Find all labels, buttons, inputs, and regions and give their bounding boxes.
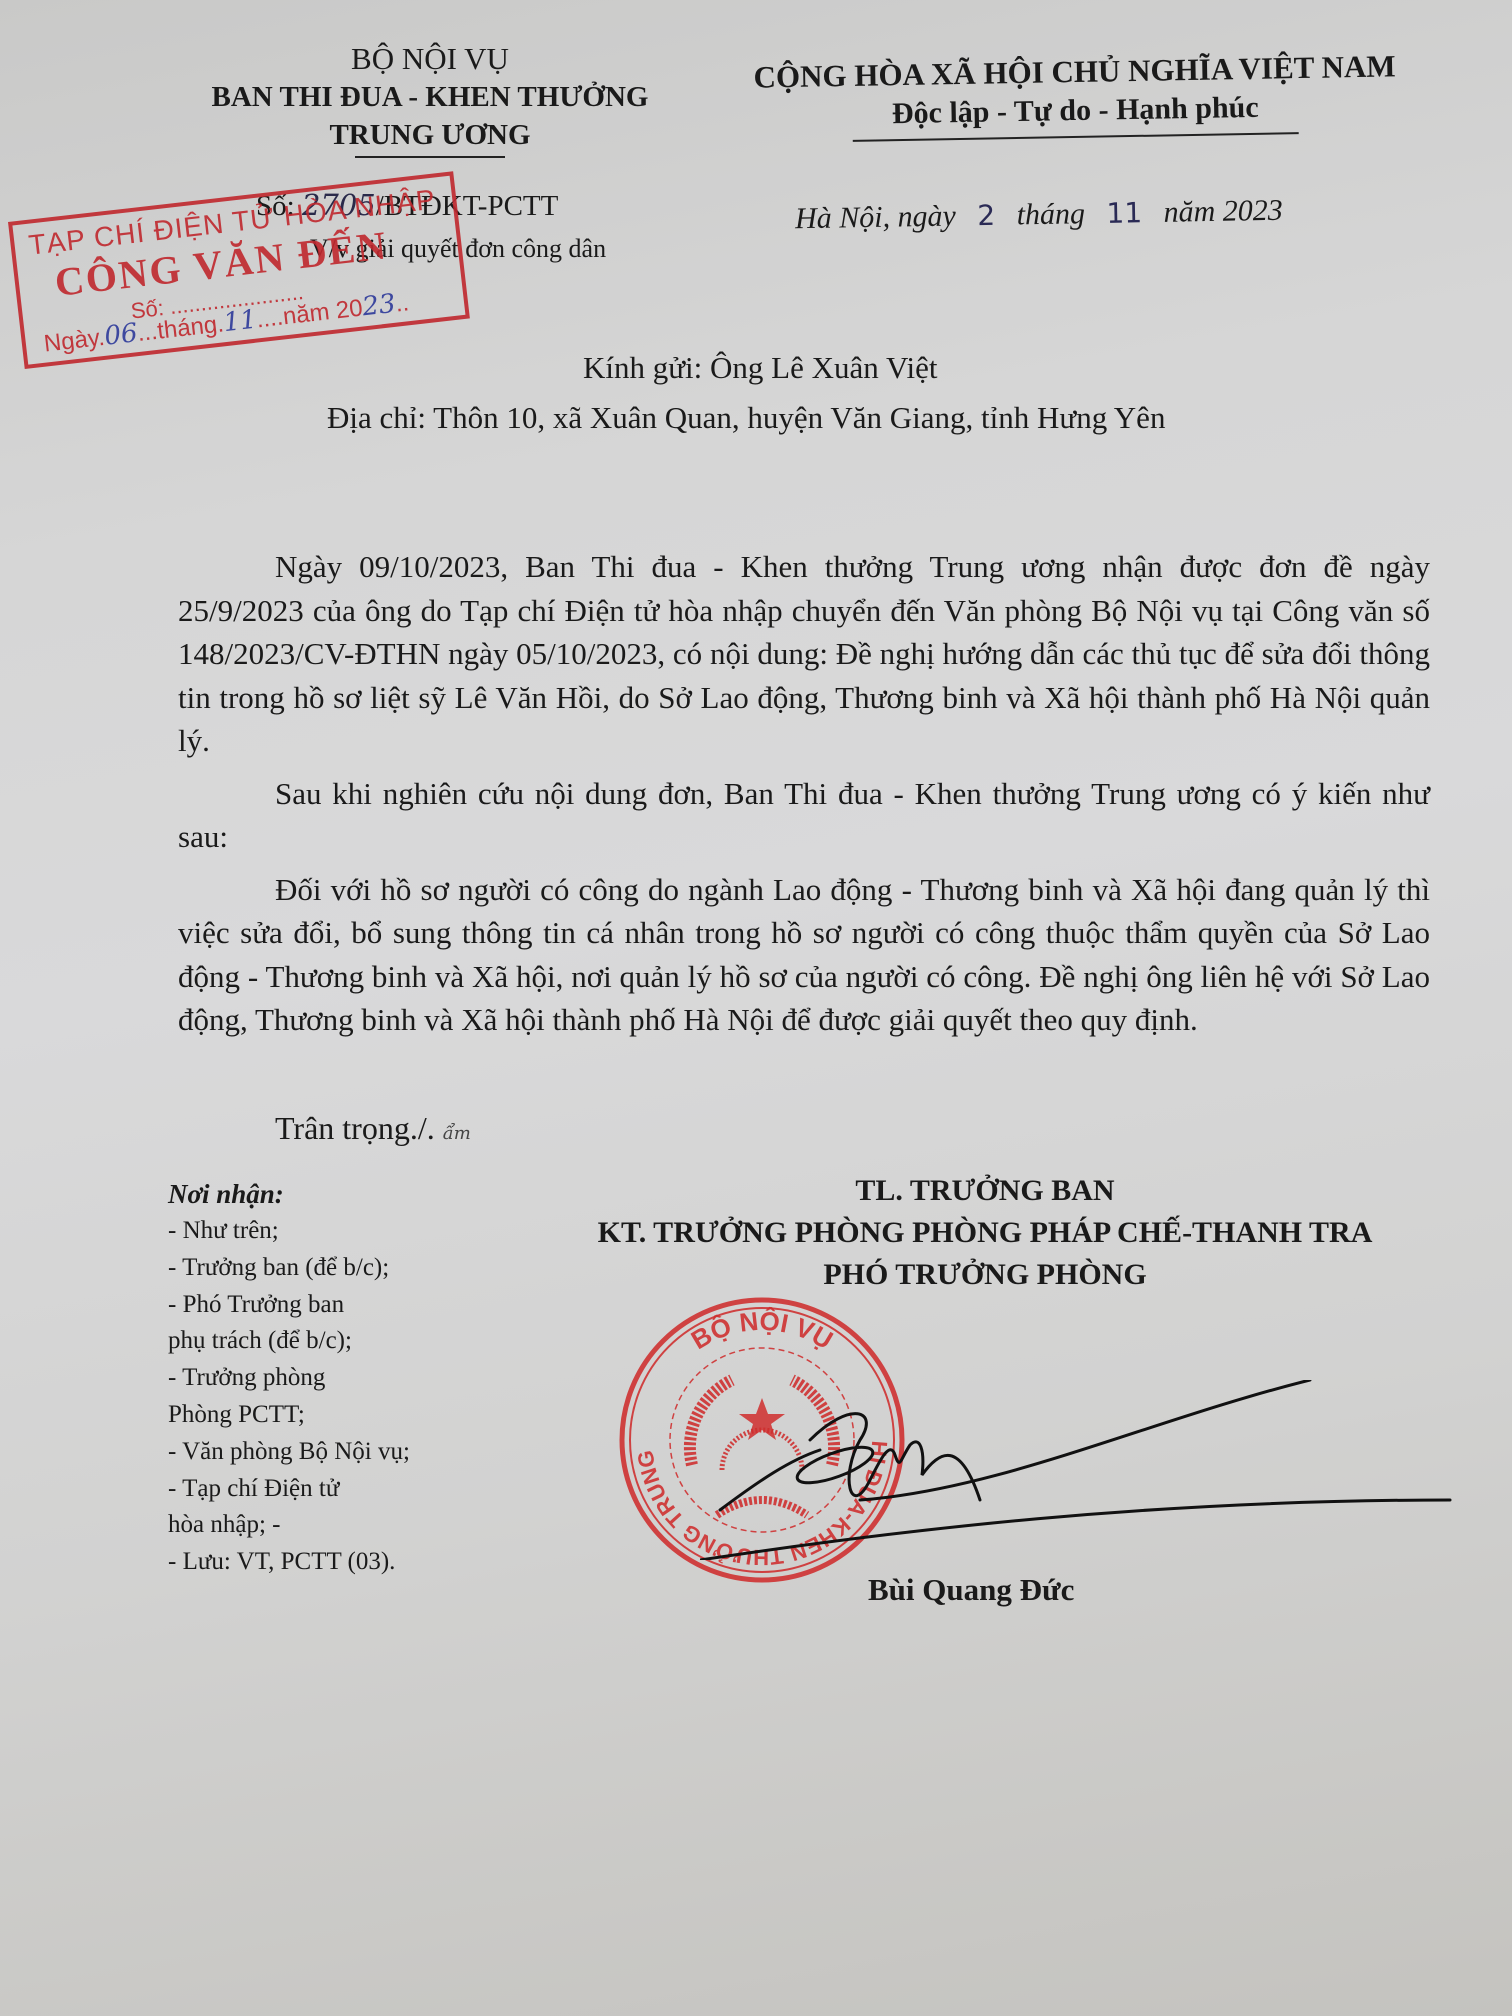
body-paragraph: Ngày 09/10/2023, Ban Thi đua - Khen thưở…: [178, 545, 1430, 763]
distribution-item: - Lưu: VT, PCTT (03).: [168, 1544, 508, 1581]
handwritten-signature-icon: [700, 1380, 1480, 1560]
received-document-stamp: TẠP CHÍ ĐIỆN TỬ HÒA NHẬP CÔNG VĂN ĐẾN Số…: [8, 171, 470, 369]
distribution-item: - Tạp chí Điện tử: [168, 1471, 508, 1508]
signature-title-2: KT. TRƯỞNG PHÒNG PHÒNG PHÁP CHẾ-THANH TR…: [510, 1212, 1460, 1254]
agency-name-line2: TRUNG ƯƠNG: [150, 116, 710, 154]
motto-underline: [853, 132, 1299, 142]
header-divider: [355, 156, 505, 158]
distribution-item: - Văn phòng Bộ Nội vụ;: [168, 1434, 508, 1471]
distribution-title: Nơi nhận:: [168, 1175, 508, 1213]
stamp-day: 06: [103, 318, 139, 352]
body-paragraph: Sau khi nghiên cứu nội dung đơn, Ban Thi…: [178, 772, 1430, 859]
distribution-item: phụ trách (để b/c);: [168, 1323, 508, 1360]
signer-name: Bùi Quang Đức: [868, 1572, 1074, 1608]
agency-name-line1: BAN THI ĐUA - KHEN THƯỞNG: [150, 78, 710, 116]
issue-date: Hà Nội, ngày 2 tháng 11 năm 2023: [795, 194, 1283, 237]
date-month: 11: [1106, 196, 1142, 230]
distribution-list: Nơi nhận: - Như trên; - Trưởng ban (để b…: [168, 1175, 508, 1581]
stamp-year: 23: [361, 289, 397, 323]
recipient-name: Kính gửi: Ông Lê Xuân Việt: [583, 350, 937, 386]
distribution-item: - Trưởng phòng: [168, 1360, 508, 1397]
date-day: 2: [977, 199, 995, 232]
distribution-item: Phòng PCTT;: [168, 1397, 508, 1434]
distribution-item: - Phó Trưởng ban: [168, 1287, 508, 1324]
signature-title-1: TL. TRƯỞNG BAN: [510, 1170, 1460, 1212]
stamp-month-label: ...tháng.: [136, 310, 225, 347]
date-year: năm 2023: [1163, 194, 1283, 229]
distribution-item: hòa nhập; -: [168, 1507, 508, 1544]
body-paragraph: Đối với hồ sơ người có công do ngành Lao…: [178, 868, 1430, 1042]
handwritten-initial: ẩm: [443, 1123, 471, 1144]
ministry-name: BỘ NỘI VỤ: [150, 40, 710, 78]
distribution-item: - Như trên;: [168, 1213, 508, 1250]
signature-block: TL. TRƯỞNG BAN KT. TRƯỞNG PHÒNG PHÒNG PH…: [510, 1170, 1460, 1296]
issuing-agency-header: BỘ NỘI VỤ BAN THI ĐUA - KHEN THƯỞNG TRUN…: [150, 40, 710, 158]
closing-text: Trân trọng./.: [275, 1110, 435, 1146]
stamp-month: 11: [222, 305, 258, 339]
closing: Trân trọng./.ẩm: [275, 1110, 471, 1147]
distribution-item: - Trưởng ban (để b/c);: [168, 1250, 508, 1287]
national-header: CỘNG HÒA XÃ HỘI CHỦ NGHĨA VIỆT NAM Độc l…: [734, 46, 1415, 144]
date-prefix: Hà Nội, ngày: [795, 199, 956, 235]
date-month-label: tháng: [1016, 197, 1085, 231]
letter-body: Ngày 09/10/2023, Ban Thi đua - Khen thưở…: [178, 545, 1430, 1051]
stamp-date-prefix: Ngày.: [43, 324, 107, 358]
recipient-address: Địa chỉ: Thôn 10, xã Xuân Quan, huyện Vă…: [327, 400, 1165, 436]
